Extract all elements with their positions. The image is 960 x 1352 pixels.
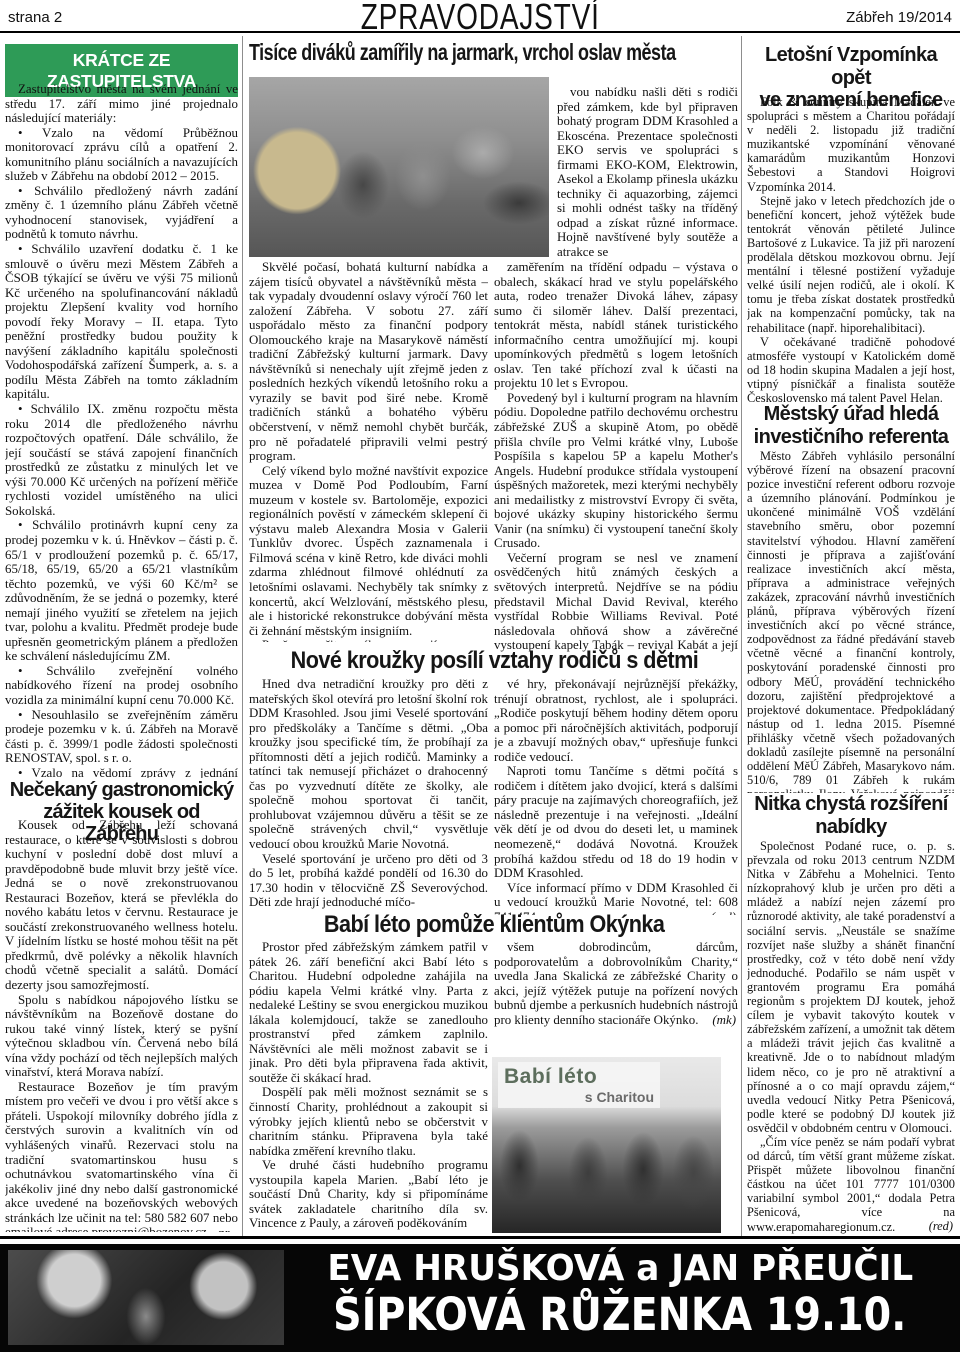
jarmark-left-list: Skvělé počasí, bohatá kulturní nabídka a… <box>249 260 488 642</box>
article-jarmark-headline: Tisíce diváků zamířily na jarmark, vrcho… <box>249 40 739 66</box>
article-babileto-headline: Babí léto pomůže klientům Okýnka <box>249 912 739 938</box>
restaurant-paragraph-list: Kousek od Zábřehu leží schovaná restaura… <box>5 818 238 1232</box>
column-divider-left <box>242 36 243 1236</box>
jarmark-column-narrow: vou nabídku našli děti s rodiči před zám… <box>557 85 738 259</box>
krouzky-right-list: vé hry, překonávají nejrůznější překážky… <box>494 677 738 915</box>
paragraph: Celý víkend bylo možné navštívit expozic… <box>249 464 488 639</box>
theater-ad-banner: EVA HRUŠKOVÁ a JAN PŘEUČIL ŠÍPKOVÁ RŮŽEN… <box>0 1244 960 1352</box>
photo-banner-line-2: s Charitou <box>504 1089 654 1105</box>
paragraph: • Vzalo na vědomí Průběžnou monitorovací… <box>5 126 238 184</box>
issue-label: Zábřeh 19/2014 <box>846 9 952 26</box>
paragraph: vou nabídku našli děti s rodiči před zám… <box>557 85 738 259</box>
paragraph: Folk & country skupina Madalen ve spolup… <box>747 95 955 194</box>
paragraph: Večerní program se nesl ve znamení osvěd… <box>494 551 738 652</box>
jarmark-column-right: zaměřením na třídění odpadu – výstava o … <box>494 260 738 652</box>
ad-text: EVA HRUŠKOVÁ a JAN PŘEUČIL ŠÍPKOVÁ RŮŽEN… <box>288 1244 952 1352</box>
babileto-stage-photo: Babí léto s Charitou <box>492 1057 721 1233</box>
ad-actors-names: EVA HRUŠKOVÁ a JAN PŘEUČIL <box>327 1248 913 1290</box>
header-rule <box>0 31 960 33</box>
jarmark-crowd-photo <box>249 77 549 257</box>
article-council-body: Zastupitelstvo města na svém jednání ve … <box>5 82 238 778</box>
paragraph: • Schválilo protinávrh kupní ceny za pro… <box>5 518 238 663</box>
newspaper-page: strana 2 ZPRAVODAJSTVÍ Zábřeh 19/2014 KR… <box>0 0 960 1352</box>
babileto-left-list: Prostor před zábřežským zámkem patřil v … <box>249 940 488 1231</box>
paragraph: Veselé sportování je určeno pro děti od … <box>249 852 488 910</box>
paragraph: • Schválilo předložený návrh zadání změn… <box>5 184 238 242</box>
paragraph: Společnost Podané ruce, o. p. s. převzal… <box>747 839 955 1135</box>
krouzky-left-list: Hned dva netradiční kroužky pro děti z m… <box>249 677 488 910</box>
paragraph: Naproti tomu Tančíme s dětmi počítá s ro… <box>494 764 738 880</box>
vzpominka-paragraph-list: Folk & country skupina Madalen ve spolup… <box>747 95 955 403</box>
title-line-1: Nečekaný gastronomický <box>5 779 238 801</box>
title-line-1: Letošní Vzpomínka opět <box>747 44 955 89</box>
krouzky-column-left: Hned dva netradiční kroužky pro děti z m… <box>249 677 488 913</box>
urad-paragraph-list: Město Zábřeh vyhlásilo personální výběro… <box>747 449 955 793</box>
paragraph: zaměřením na třídění odpadu – výstava o … <box>494 260 738 391</box>
title-line-2: nabídky <box>747 816 955 839</box>
article-nitka-title: Nitka chystá rozšíření nabídky <box>747 793 955 838</box>
photo-banner: Babí léto s Charitou <box>498 1062 660 1108</box>
title-line-2: investičního referenta <box>747 426 955 449</box>
paragraph: • Schválilo zveřejnění volného nabídkové… <box>5 664 238 708</box>
paragraph: „Čím více peněz se nám podaří vybrat od … <box>747 1135 955 1234</box>
article-restaurant-body: Kousek od Zábřehu leží schovaná restaura… <box>5 818 238 1232</box>
paragraph: Město Zábřeh vyhlásilo personální výběro… <box>747 449 955 793</box>
paragraph: • Vzalo na vědomí zprávy z jednání valný… <box>5 766 238 778</box>
paragraph: Zastupitelstvo města na svém jednání ve … <box>5 82 238 126</box>
nitka-paragraph-list: Společnost Podané ruce, o. p. s. převzal… <box>747 839 955 1234</box>
article-vzpominka-body: Folk & country skupina Madalen ve spolup… <box>747 95 955 403</box>
column-divider-right <box>741 36 742 1236</box>
paragraph: Prostor před zábřežským zámkem patřil v … <box>249 940 488 1085</box>
bottom-rule <box>0 1236 960 1239</box>
title-line-1: Nitka chystá rozšíření <box>747 793 955 816</box>
paragraph: Restaurace Bozeňov je tím pravým místem … <box>5 1080 238 1232</box>
paragraph: Kousek od Zábřehu leží schovaná restaura… <box>5 818 238 993</box>
paragraph: Ve druhé části hudebního programu vystou… <box>249 1158 488 1231</box>
paragraph: • Schválilo IX. změnu rozpočtu města rok… <box>5 402 238 518</box>
photo-banner-line-1: Babí léto <box>504 1065 654 1089</box>
paragraph: V očekávané tradičně pohodové atmosféře … <box>747 335 955 403</box>
article-nitka-body: Společnost Podané ruce, o. p. s. převzal… <box>747 839 955 1234</box>
paragraph: vé hry, překonávají nejrůznější překážky… <box>494 677 738 764</box>
paragraph: • Nesouhlasilo se zveřejněním záměru pro… <box>5 708 238 766</box>
ad-actors-photo <box>8 1250 284 1345</box>
paragraph: Stejně jako v letech předchozích jde o b… <box>747 194 955 335</box>
jarmark-wide-list: zaměřením na třídění odpadu – výstava o … <box>494 260 738 652</box>
paragraph: • Schválilo uzavření dodatku č. 1 ke sml… <box>5 242 238 402</box>
article-urad-body: Město Zábřeh vyhlásilo personální výběro… <box>747 449 955 793</box>
paragraph: Hned dva netradiční kroužky pro děti z m… <box>249 677 488 852</box>
jarmark-column-left: Skvělé počasí, bohatá kulturní nabídka a… <box>249 260 488 642</box>
council-paragraph-list: Zastupitelstvo města na svém jednání ve … <box>5 82 238 778</box>
title-line-1: Městský úřad hledá <box>747 403 955 426</box>
paragraph: Dospělí pak měli možnost seznámit se s č… <box>249 1085 488 1158</box>
paragraph: Poučnou a přitom zábavnou a zajíma- <box>249 638 488 642</box>
babileto-column-right: všem dobrodincům, dárcům, podporovatelům… <box>494 940 738 1054</box>
paragraph: Skvělé počasí, bohatá kulturní nabídka a… <box>249 260 488 464</box>
jarmark-narrow-list: vou nabídku našli děti s rodiči před zám… <box>557 85 738 259</box>
ad-show-title-and-date: ŠÍPKOVÁ RŮŽENKA 19.10. <box>333 1290 906 1340</box>
paragraph: Spolu s nabídkou nápojového lístku se ná… <box>5 993 238 1080</box>
krouzky-column-right: vé hry, překonávají nejrůznější překážky… <box>494 677 738 915</box>
article-krouzky-headline: Nové kroužky posílí vztahy rodičů s dětm… <box>249 648 739 674</box>
paragraph: Povedený byl i kulturní program na hlavn… <box>494 391 738 551</box>
babileto-column-left: Prostor před zábřežským zámkem patřil v … <box>249 940 488 1236</box>
article-urad-title: Městský úřad hledá investičního referent… <box>747 403 955 448</box>
